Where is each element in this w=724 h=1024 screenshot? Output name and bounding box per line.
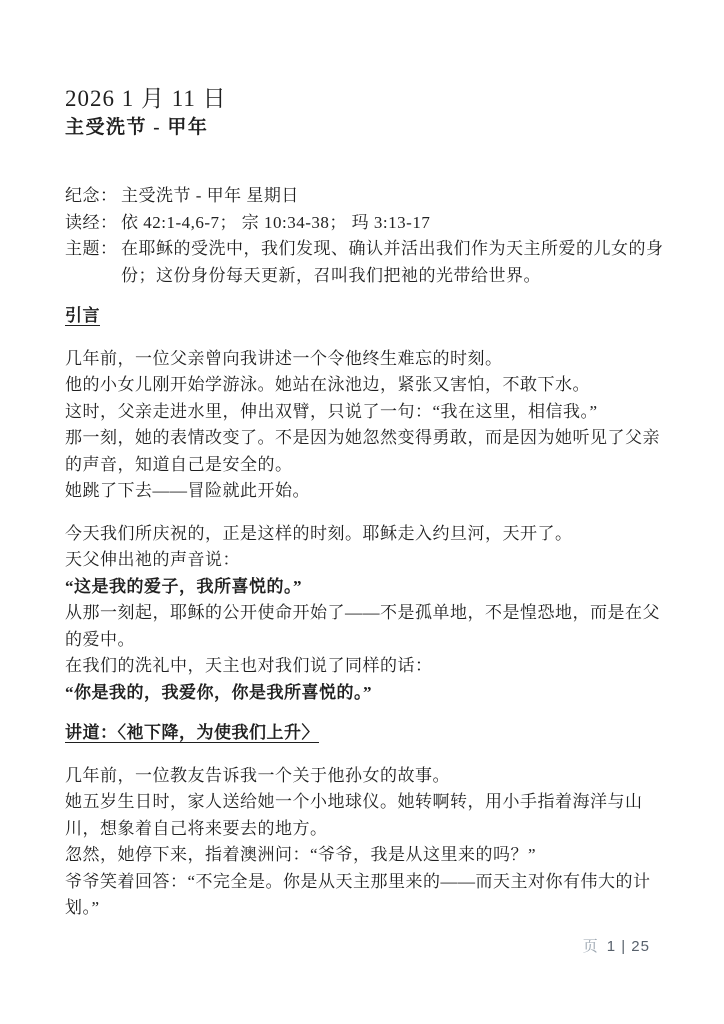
- paragraph: 几年前，一位父亲曾向我讲述一个令他终生难忘的时刻。他的小女儿刚开始学游泳。她站在…: [65, 346, 664, 505]
- text-line: 川，想象着自己将来要去的地方。: [65, 816, 664, 843]
- text-line: 依 42:1-4,6-7； 宗 10:34-38； 玛 3:13-17: [121, 210, 664, 237]
- text-line: 今天我们所庆祝的，正是这样的时刻。耶稣走入约旦河，天开了。: [65, 521, 664, 548]
- text-line: 这时，父亲走进水里，伸出双臂，只说了一句：“我在这里，相信我。”: [65, 399, 664, 426]
- meta-label: 纪念：: [65, 183, 121, 210]
- sections-container: 引言几年前，一位父亲曾向我讲述一个令他终生难忘的时刻。他的小女儿刚开始学游泳。她…: [65, 303, 664, 922]
- meta-row: 读经：依 42:1-4,6-7； 宗 10:34-38； 玛 3:13-17: [65, 210, 664, 237]
- text-line: 份；这份身份每天更新，召叫我们把祂的光带给世界。: [121, 263, 664, 290]
- document-page: 2026 1 月 11 日 主受洗节 - 甲年 纪念：主受洗节 - 甲年 星期日…: [0, 0, 724, 1024]
- text-line: 划。”: [65, 895, 664, 922]
- text-line: 她跳了下去——冒险就此开始。: [65, 478, 664, 505]
- date-title: 2026 1 月 11 日: [65, 84, 664, 114]
- text-line: 他的小女儿刚开始学游泳。她站在泳池边，紧张又害怕，不敢下水。: [65, 372, 664, 399]
- text-line: 几年前，一位教友告诉我一个关于他孙女的故事。: [65, 763, 664, 790]
- text-line: 在我们的洗礼中，天主也对我们说了同样的话：: [65, 653, 664, 680]
- meta-label: 读经：: [65, 210, 121, 237]
- paragraph: 几年前，一位教友告诉我一个关于他孙女的故事。她五岁生日时，家人送给她一个小地球仪…: [65, 763, 664, 922]
- section-heading-sermon: 讲道：〈祂下降，为使我们上升〉: [65, 720, 664, 747]
- text-line: 的声音，知道自己是安全的。: [65, 452, 664, 479]
- meta-block: 纪念：主受洗节 - 甲年 星期日读经：依 42:1-4,6-7； 宗 10:34…: [65, 183, 664, 289]
- page-number: 1 | 25: [607, 938, 650, 955]
- text-line: 那一刻，她的表情改变了。不是因为她忽然变得勇敢，而是因为她听见了父亲: [65, 425, 664, 452]
- text-line: 从那一刻起，耶稣的公开使命开始了——不是孤单地，不是惶恐地，而是在父: [65, 600, 664, 627]
- text-line: 主受洗节 - 甲年 星期日: [121, 183, 664, 210]
- text-line: 忽然，她停下来，指着澳洲问：“爷爷，我是从这里来的吗？”: [65, 842, 664, 869]
- section-intro: 引言几年前，一位父亲曾向我讲述一个令他终生难忘的时刻。他的小女儿刚开始学游泳。她…: [65, 303, 664, 706]
- section-heading-intro: 引言: [65, 303, 664, 330]
- meta-label: 主题：: [65, 236, 121, 289]
- meta-row: 纪念：主受洗节 - 甲年 星期日: [65, 183, 664, 210]
- section-sermon: 讲道：〈祂下降，为使我们上升〉几年前，一位教友告诉我一个关于他孙女的故事。她五岁…: [65, 720, 664, 922]
- page-footer: 页1 | 25: [583, 936, 650, 958]
- text-line: “你是我的，我爱你，你是我所喜悦的。”: [65, 680, 664, 707]
- feast-title: 主受洗节 - 甲年: [65, 114, 664, 141]
- text-line: 几年前，一位父亲曾向我讲述一个令他终生难忘的时刻。: [65, 346, 664, 373]
- text-line: 在耶稣的受洗中，我们发现、确认并活出我们作为天主所爱的儿女的身: [121, 236, 664, 263]
- page-label: 页: [583, 938, 598, 955]
- meta-text: 在耶稣的受洗中，我们发现、确认并活出我们作为天主所爱的儿女的身份；这份身份每天更…: [121, 236, 664, 289]
- meta-row: 主题：在耶稣的受洗中，我们发现、确认并活出我们作为天主所爱的儿女的身份；这份身份…: [65, 236, 664, 289]
- text-line: “这是我的爱子，我所喜悦的。”: [65, 574, 664, 601]
- meta-text: 主受洗节 - 甲年 星期日: [121, 183, 664, 210]
- paragraph: 今天我们所庆祝的，正是这样的时刻。耶稣走入约旦河，天开了。天父伸出祂的声音说：“…: [65, 521, 664, 707]
- text-line: 天父伸出祂的声音说：: [65, 547, 664, 574]
- document-content: 2026 1 月 11 日 主受洗节 - 甲年 纪念：主受洗节 - 甲年 星期日…: [0, 0, 724, 922]
- text-line: 她五岁生日时，家人送给她一个小地球仪。她转啊转，用小手指着海洋与山: [65, 789, 664, 816]
- text-line: 的爱中。: [65, 627, 664, 654]
- meta-text: 依 42:1-4,6-7； 宗 10:34-38； 玛 3:13-17: [121, 210, 664, 237]
- text-line: 爷爷笑着回答：“不完全是。你是从天主那里来的——而天主对你有伟大的计: [65, 869, 664, 896]
